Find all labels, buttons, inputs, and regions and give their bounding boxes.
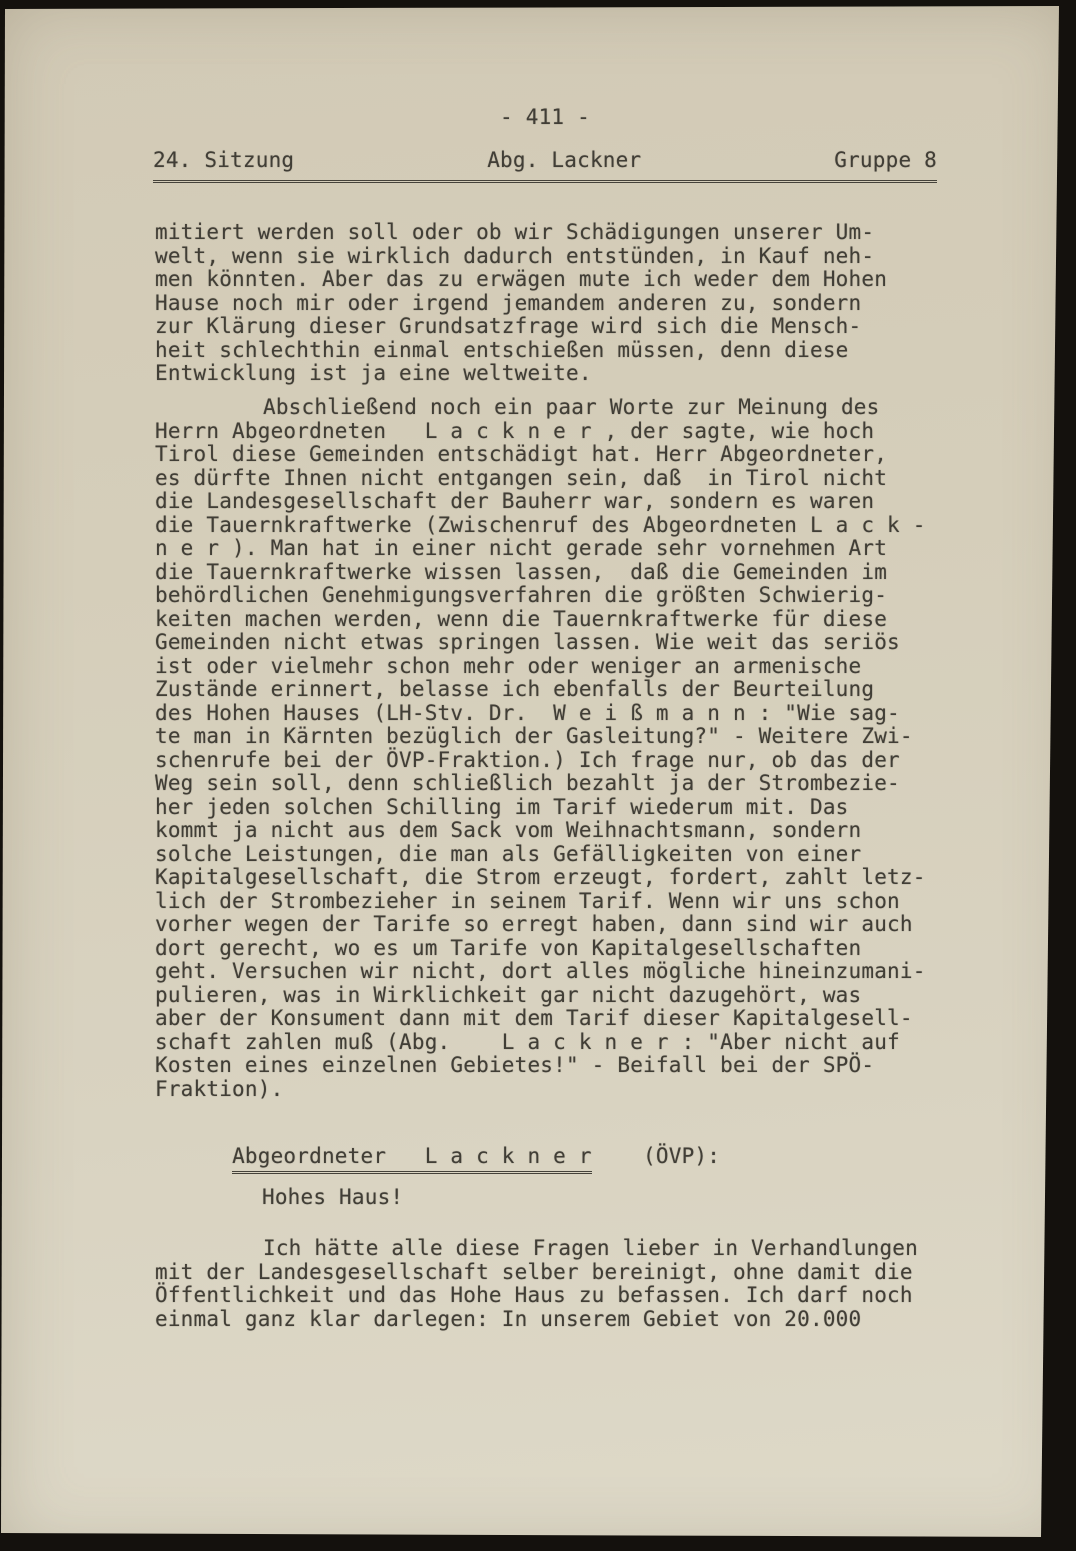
speech-heading-party: (ÖVP): (592, 1144, 720, 1168)
paragraph-continuation: mitiert werden soll oder ob wir Schädigu… (155, 221, 970, 386)
paragraph-speech-start: Ich hätte alle diese Fragen lieber in Ve… (155, 1237, 970, 1331)
group-label: Gruppe 8 (834, 149, 937, 173)
paragraph-closing-remarks: Abschließend noch ein paar Worte zur Mei… (155, 396, 970, 1101)
page-number: - 411 - (155, 106, 935, 130)
running-speaker-label: Abg. Lackner (487, 149, 641, 173)
speech-heading: Abgeordneter L a c k n e r (ÖVP): (155, 1121, 970, 1192)
session-header: 24. Sitzung Abg. Lackner Gruppe 8 (153, 149, 937, 183)
scan-background: - 411 - 24. Sitzung Abg. Lackner Gruppe … (0, 0, 1076, 1551)
document-page: - 411 - 24. Sitzung Abg. Lackner Gruppe … (0, 0, 1076, 1551)
speech-heading-speaker: Abgeordneter L a c k n e r (232, 1144, 592, 1174)
salutation: Hohes Haus! (262, 1186, 403, 1210)
session-number: 24. Sitzung (153, 149, 294, 173)
